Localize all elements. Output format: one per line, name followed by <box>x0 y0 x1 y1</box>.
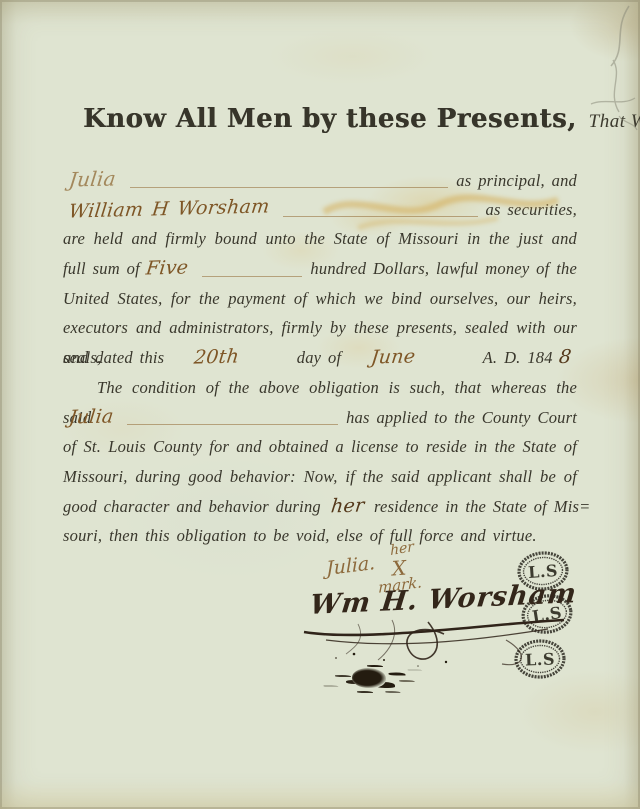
body-text: full sum of <box>63 254 140 284</box>
heading-blackletter-text: Know All Men by these Presents, <box>83 104 577 134</box>
document-body: Know All Men by these Presents, That We,… <box>63 104 577 551</box>
julia-signature-name: Julia. <box>326 552 375 580</box>
document-heading: Know All Men by these Presents, That We, <box>63 104 577 158</box>
ink-blot <box>352 668 386 688</box>
blank-rule <box>127 424 338 425</box>
bond-amount-value: Five <box>144 254 190 285</box>
body-text: has applied to the County Court <box>346 403 577 433</box>
body-text: hundred Dollars, lawful money of the <box>310 254 577 284</box>
document-line: of St. Louis County for and obtained a l… <box>63 432 577 462</box>
bond-year-digit: 8 <box>557 343 573 373</box>
signature-flourish <box>296 596 576 676</box>
document-line: full sum ofFivehundred Dollars, lawful m… <box>63 254 577 284</box>
body-text: residence in the State of Mis= <box>374 492 590 522</box>
document-line: Juliahas applied to the County Court <box>63 403 577 433</box>
applicant-name-value: Julia <box>67 402 115 433</box>
security-name-value: William H Worsham <box>67 192 271 227</box>
body-text: souri, then this obligation to be void, … <box>63 526 537 545</box>
body-text: of St. Louis County for and obtained a l… <box>63 437 577 456</box>
pronoun-value: her <box>329 491 366 522</box>
bond-year-print: A. D. 184 <box>483 343 553 373</box>
body-text: Missouri, during good behavior: Now, if … <box>63 467 577 486</box>
body-text: and dated this <box>63 343 164 373</box>
document-line: souri, then this obligation to be void, … <box>63 521 577 551</box>
bond-day-value: 20th <box>192 343 240 374</box>
document-line: and dated this20thday ofJuneA. D. 1848 <box>63 343 577 373</box>
document-line: The condition of the above obligation is… <box>63 373 577 403</box>
principal-name-value: Julia <box>67 164 117 195</box>
pencil-scribble <box>583 4 639 134</box>
ghost-ink-stain <box>318 178 568 238</box>
document-line: Missouri, during good behavior: Now, if … <box>63 462 577 492</box>
blank-rule <box>202 276 303 277</box>
body-text: day of <box>297 343 341 373</box>
body-text: good character and behavior during <box>63 492 321 522</box>
body-text: United States, for the payment of which … <box>63 289 577 308</box>
scanned-document-page: Know All Men by these Presents, That We,… <box>0 0 640 809</box>
bond-month-value: June <box>369 343 417 374</box>
document-line: executors and administrators, firmly by … <box>63 313 577 343</box>
document-line: United States, for the payment of which … <box>63 284 577 314</box>
document-line: good character and behavior duringherres… <box>63 492 577 522</box>
